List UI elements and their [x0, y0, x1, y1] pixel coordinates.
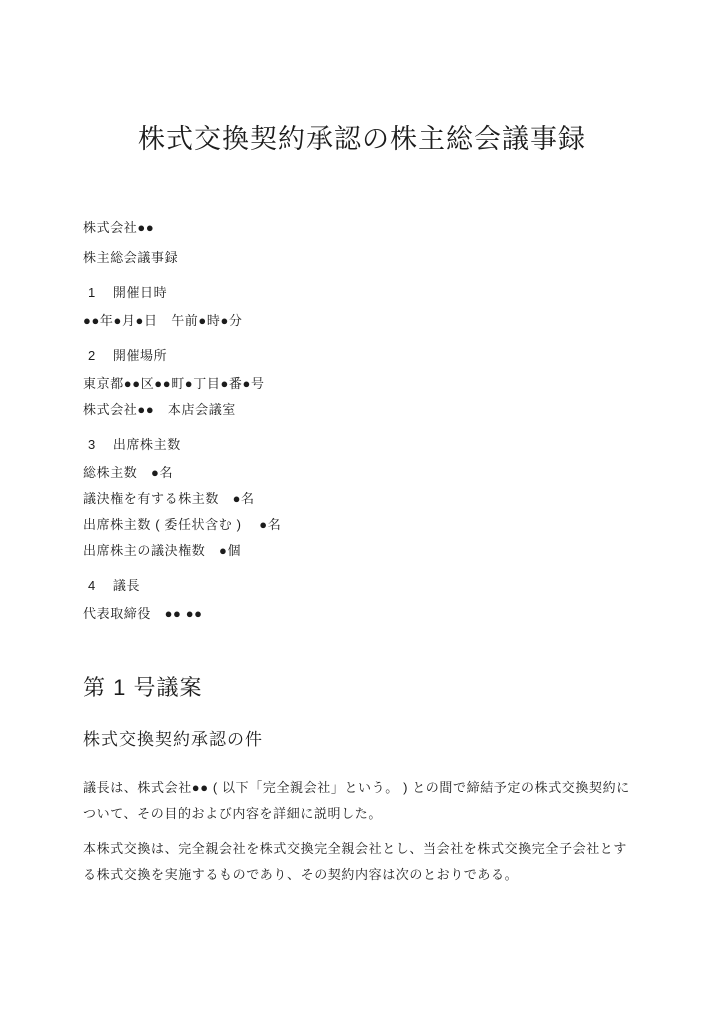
section-heading: 3出席株主数 [83, 432, 640, 458]
section-meeting-place: 2開催場所 東京都●●区●●町●丁目●番●号 株式会社●● 本店会議室 [83, 343, 640, 423]
section-number: 2 [83, 343, 96, 369]
section-line: 総株主数 ●名 [83, 460, 640, 486]
section-line: 出席株主数 ( 委任状含む ) ●名 [83, 512, 640, 538]
section-number: 3 [83, 432, 96, 458]
section-title: 開催日時 [113, 285, 167, 300]
agenda-item-subheading: 株式交換契約承認の件 [83, 727, 640, 753]
section-number: 1 [83, 280, 96, 306]
section-title: 開催場所 [113, 348, 167, 363]
doc-type-label: 株主総会議事録 [83, 245, 640, 271]
section-line: 代表取締役 ●● ●● [83, 601, 640, 627]
agenda-paragraph: 議長は、株式会社●● ( 以下「完全親会社」という。 ) との間で締結予定の株式… [83, 775, 640, 827]
section-heading: 1開催日時 [83, 280, 640, 306]
section-number: 4 [83, 573, 96, 599]
document-page: 株式交換契約承認の株主総会議事録 株式会社●● 株主総会議事録 1開催日時 ●●… [0, 0, 724, 1024]
section-chairperson: 4議長 代表取締役 ●● ●● [83, 573, 640, 627]
company-name: 株式会社●● [83, 215, 640, 241]
section-heading: 2開催場所 [83, 343, 640, 369]
agenda-paragraph: 本株式交換は、完全親会社を株式交換完全親会社とし、当会社を株式交換完全子会社とす… [83, 836, 640, 888]
section-line: 出席株主の議決権数 ●個 [83, 538, 640, 564]
section-line: 株式会社●● 本店会議室 [83, 397, 640, 423]
section-attending-shareholders: 3出席株主数 総株主数 ●名 議決権を有する株主数 ●名 出席株主数 ( 委任状… [83, 432, 640, 564]
section-line: 東京都●●区●●町●丁目●番●号 [83, 371, 640, 397]
section-heading: 4議長 [83, 573, 640, 599]
section-title: 出席株主数 [113, 437, 181, 452]
agenda-item-heading: 第 1 号議案 [83, 673, 640, 703]
document-body: 株式会社●● 株主総会議事録 1開催日時 ●●年●月●日 午前●時●分 2開催場… [0, 215, 724, 888]
section-line: ●●年●月●日 午前●時●分 [83, 308, 640, 334]
section-title: 議長 [113, 578, 140, 593]
section-meeting-datetime: 1開催日時 ●●年●月●日 午前●時●分 [83, 280, 640, 334]
section-line: 議決権を有する株主数 ●名 [83, 486, 640, 512]
document-title: 株式交換契約承認の株主総会議事録 [0, 0, 724, 159]
